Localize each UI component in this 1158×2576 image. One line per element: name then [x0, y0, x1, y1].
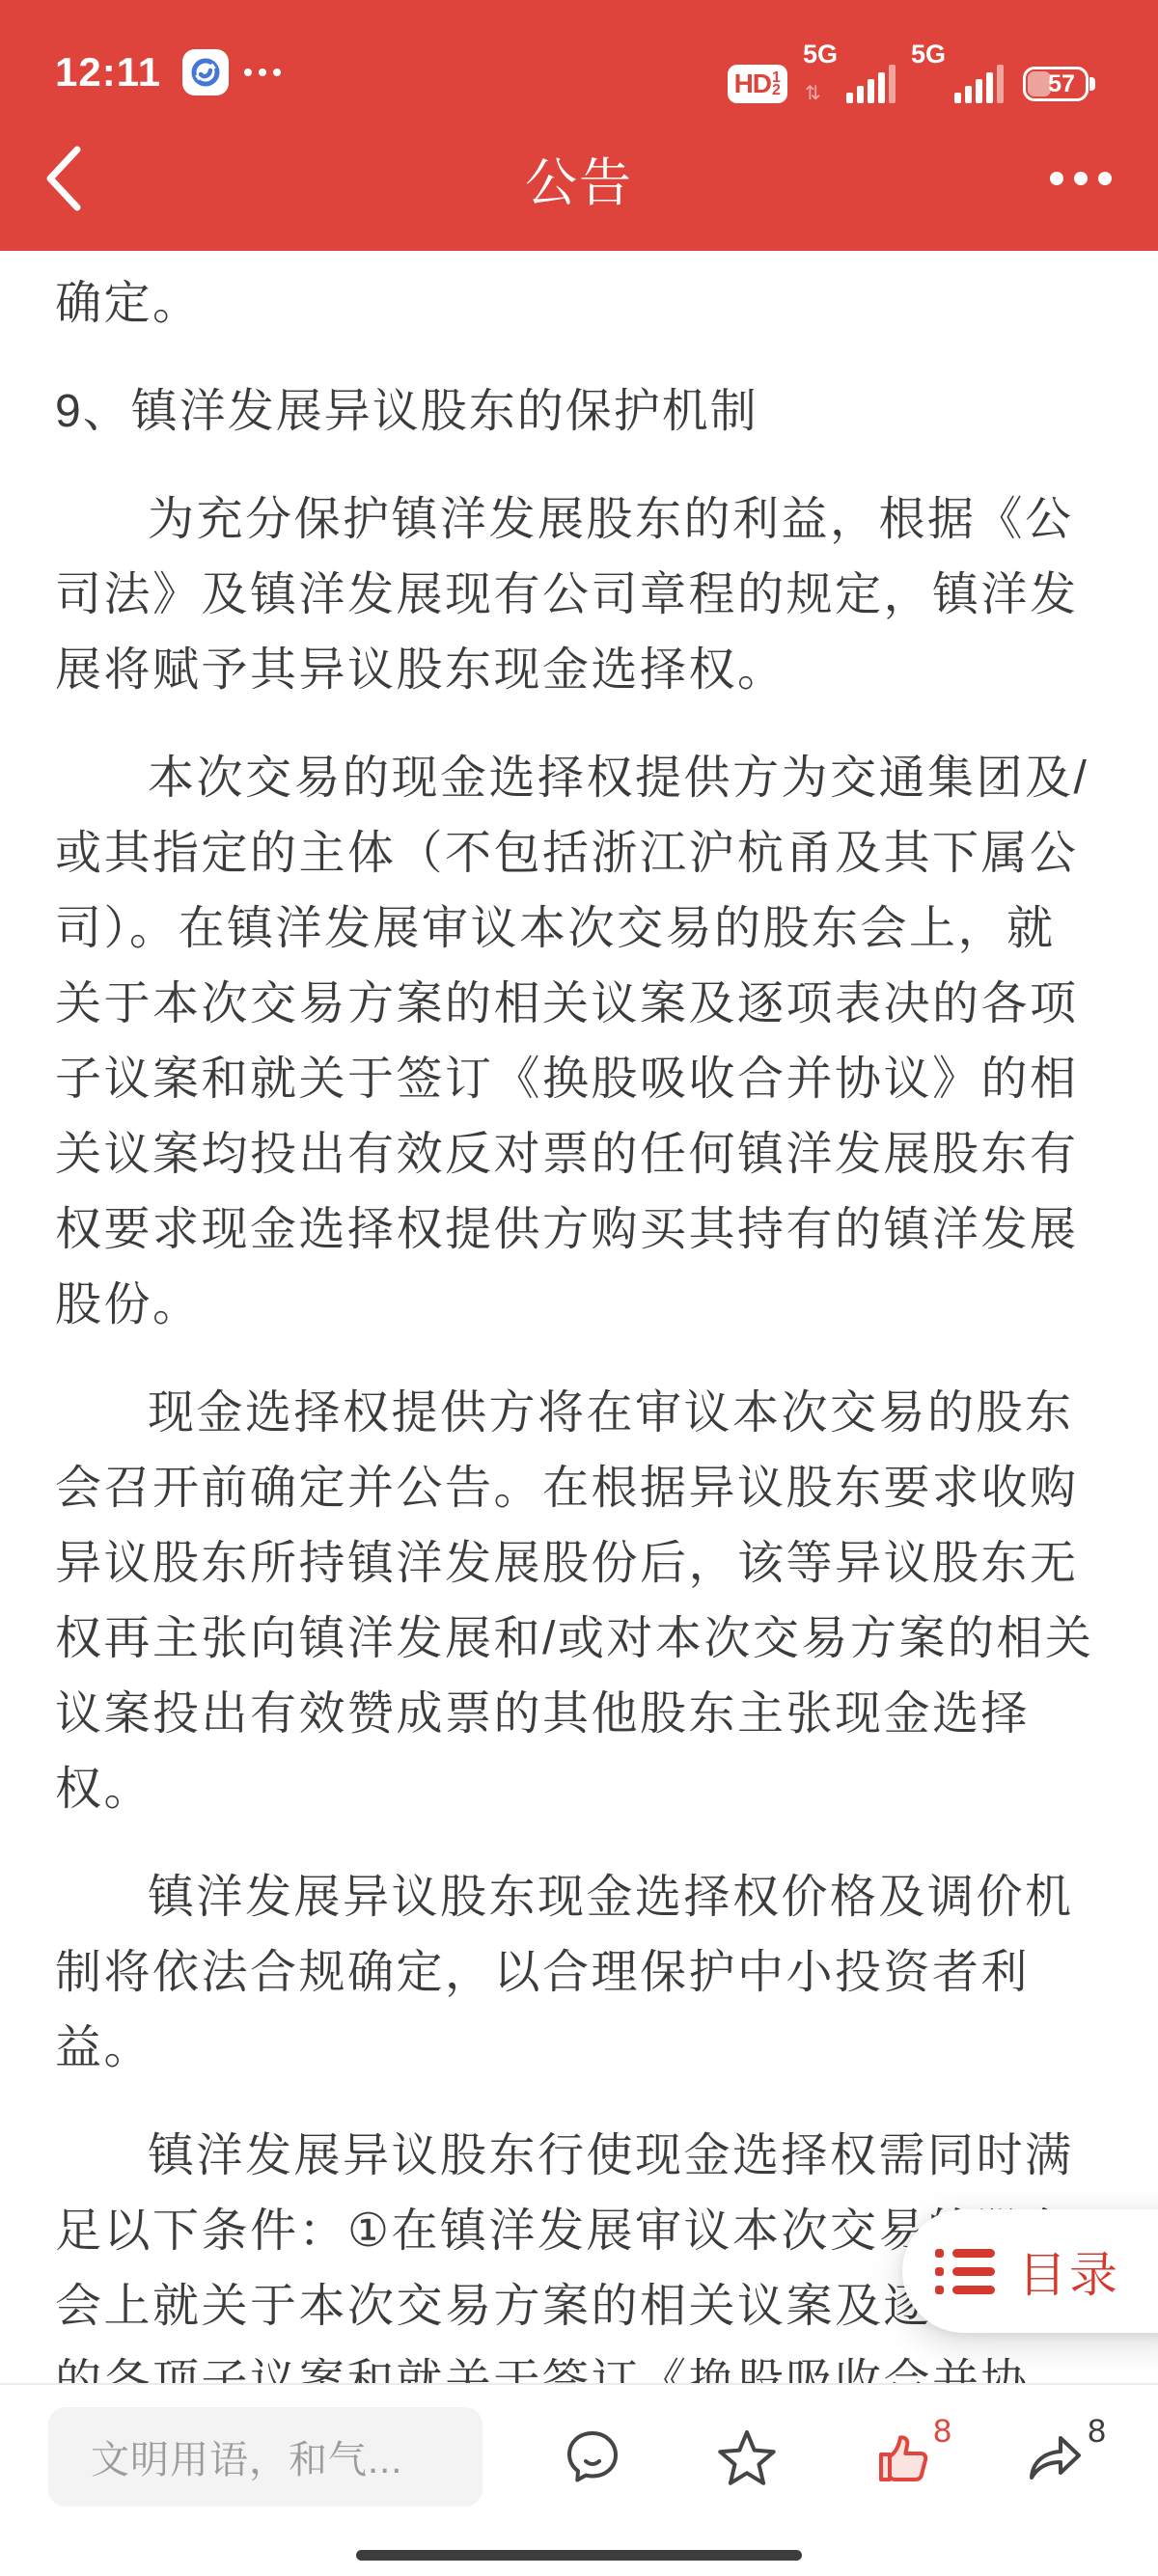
comment-icon — [562, 2426, 623, 2488]
share-count-badge: 8 — [1088, 2413, 1106, 2451]
paragraph: 镇洋发展异议股东现金选择权价格及调价机 制将依法合规确定，以合理保护中小投资者利… — [55, 1860, 1103, 2086]
star-icon — [716, 2426, 778, 2488]
toc-button[interactable]: 目录 — [902, 2209, 1158, 2333]
favorite-button[interactable] — [716, 2426, 778, 2488]
comment-input[interactable]: 文明用语，和气... — [48, 2407, 482, 2507]
page-title: 公告 — [0, 142, 1158, 216]
bottom-toolbar: 文明用语，和气... 8 8 — [0, 2383, 1158, 2576]
toc-list-icon — [935, 2249, 995, 2294]
paragraph: 现金选择权提供方将在审议本次交易的股东 会召开前确定并公告。在根据异议股东要求收… — [55, 1376, 1103, 1827]
toolbar-actions: 8 8 — [562, 2385, 1087, 2530]
clock: 12:11 — [55, 49, 161, 96]
paragraph: 为充分保护镇洋发展股东的利益，根据《公 司法》及镇洋发展现有公司章程的规定，镇洋… — [55, 482, 1103, 708]
section-heading: 9、镇洋发展异议股东的保护机制 — [55, 374, 1103, 450]
paragraph-tail: 确定。 — [55, 266, 1103, 342]
notification-overflow-icon — [244, 69, 281, 76]
status-bar: 12:11 HD 1 2 5G ⇅ 5G — [0, 0, 1158, 106]
paragraph: 本次交易的现金选择权提供方为交通集团及/ 或其指定的主体（不包括浙江沪杭甬及其下… — [55, 741, 1103, 1343]
hd-voice-icon: HD 1 2 — [728, 65, 787, 103]
announcement-content[interactable]: 确定。 9、镇洋发展异议股东的保护机制 为充分保护镇洋发展股东的利益，根据《公 … — [0, 251, 1158, 2383]
like-button[interactable]: 8 — [870, 2426, 932, 2488]
app-logo-icon — [182, 49, 229, 96]
nav-bar: 公告 — [0, 106, 1158, 251]
app-header: 12:11 HD 1 2 5G ⇅ 5G — [0, 0, 1158, 251]
signal-sim1-icon: 5G ⇅ — [803, 41, 896, 103]
data-activity-icon: ⇅ — [805, 84, 821, 103]
status-indicators: HD 1 2 5G ⇅ 5G 57 — [728, 41, 1089, 103]
home-indicator[interactable] — [356, 2550, 802, 2561]
share-icon — [1025, 2426, 1087, 2488]
share-button[interactable]: 8 — [1025, 2426, 1087, 2488]
thumbs-up-icon — [870, 2426, 932, 2488]
comment-placeholder: 文明用语，和气... — [91, 2429, 402, 2484]
like-count-badge: 8 — [933, 2413, 951, 2451]
battery-icon: 57 — [1023, 67, 1089, 101]
signal-sim2-icon: 5G — [911, 41, 1004, 103]
toc-button-label: 目录 — [1018, 2236, 1120, 2306]
comment-button[interactable] — [562, 2426, 623, 2488]
